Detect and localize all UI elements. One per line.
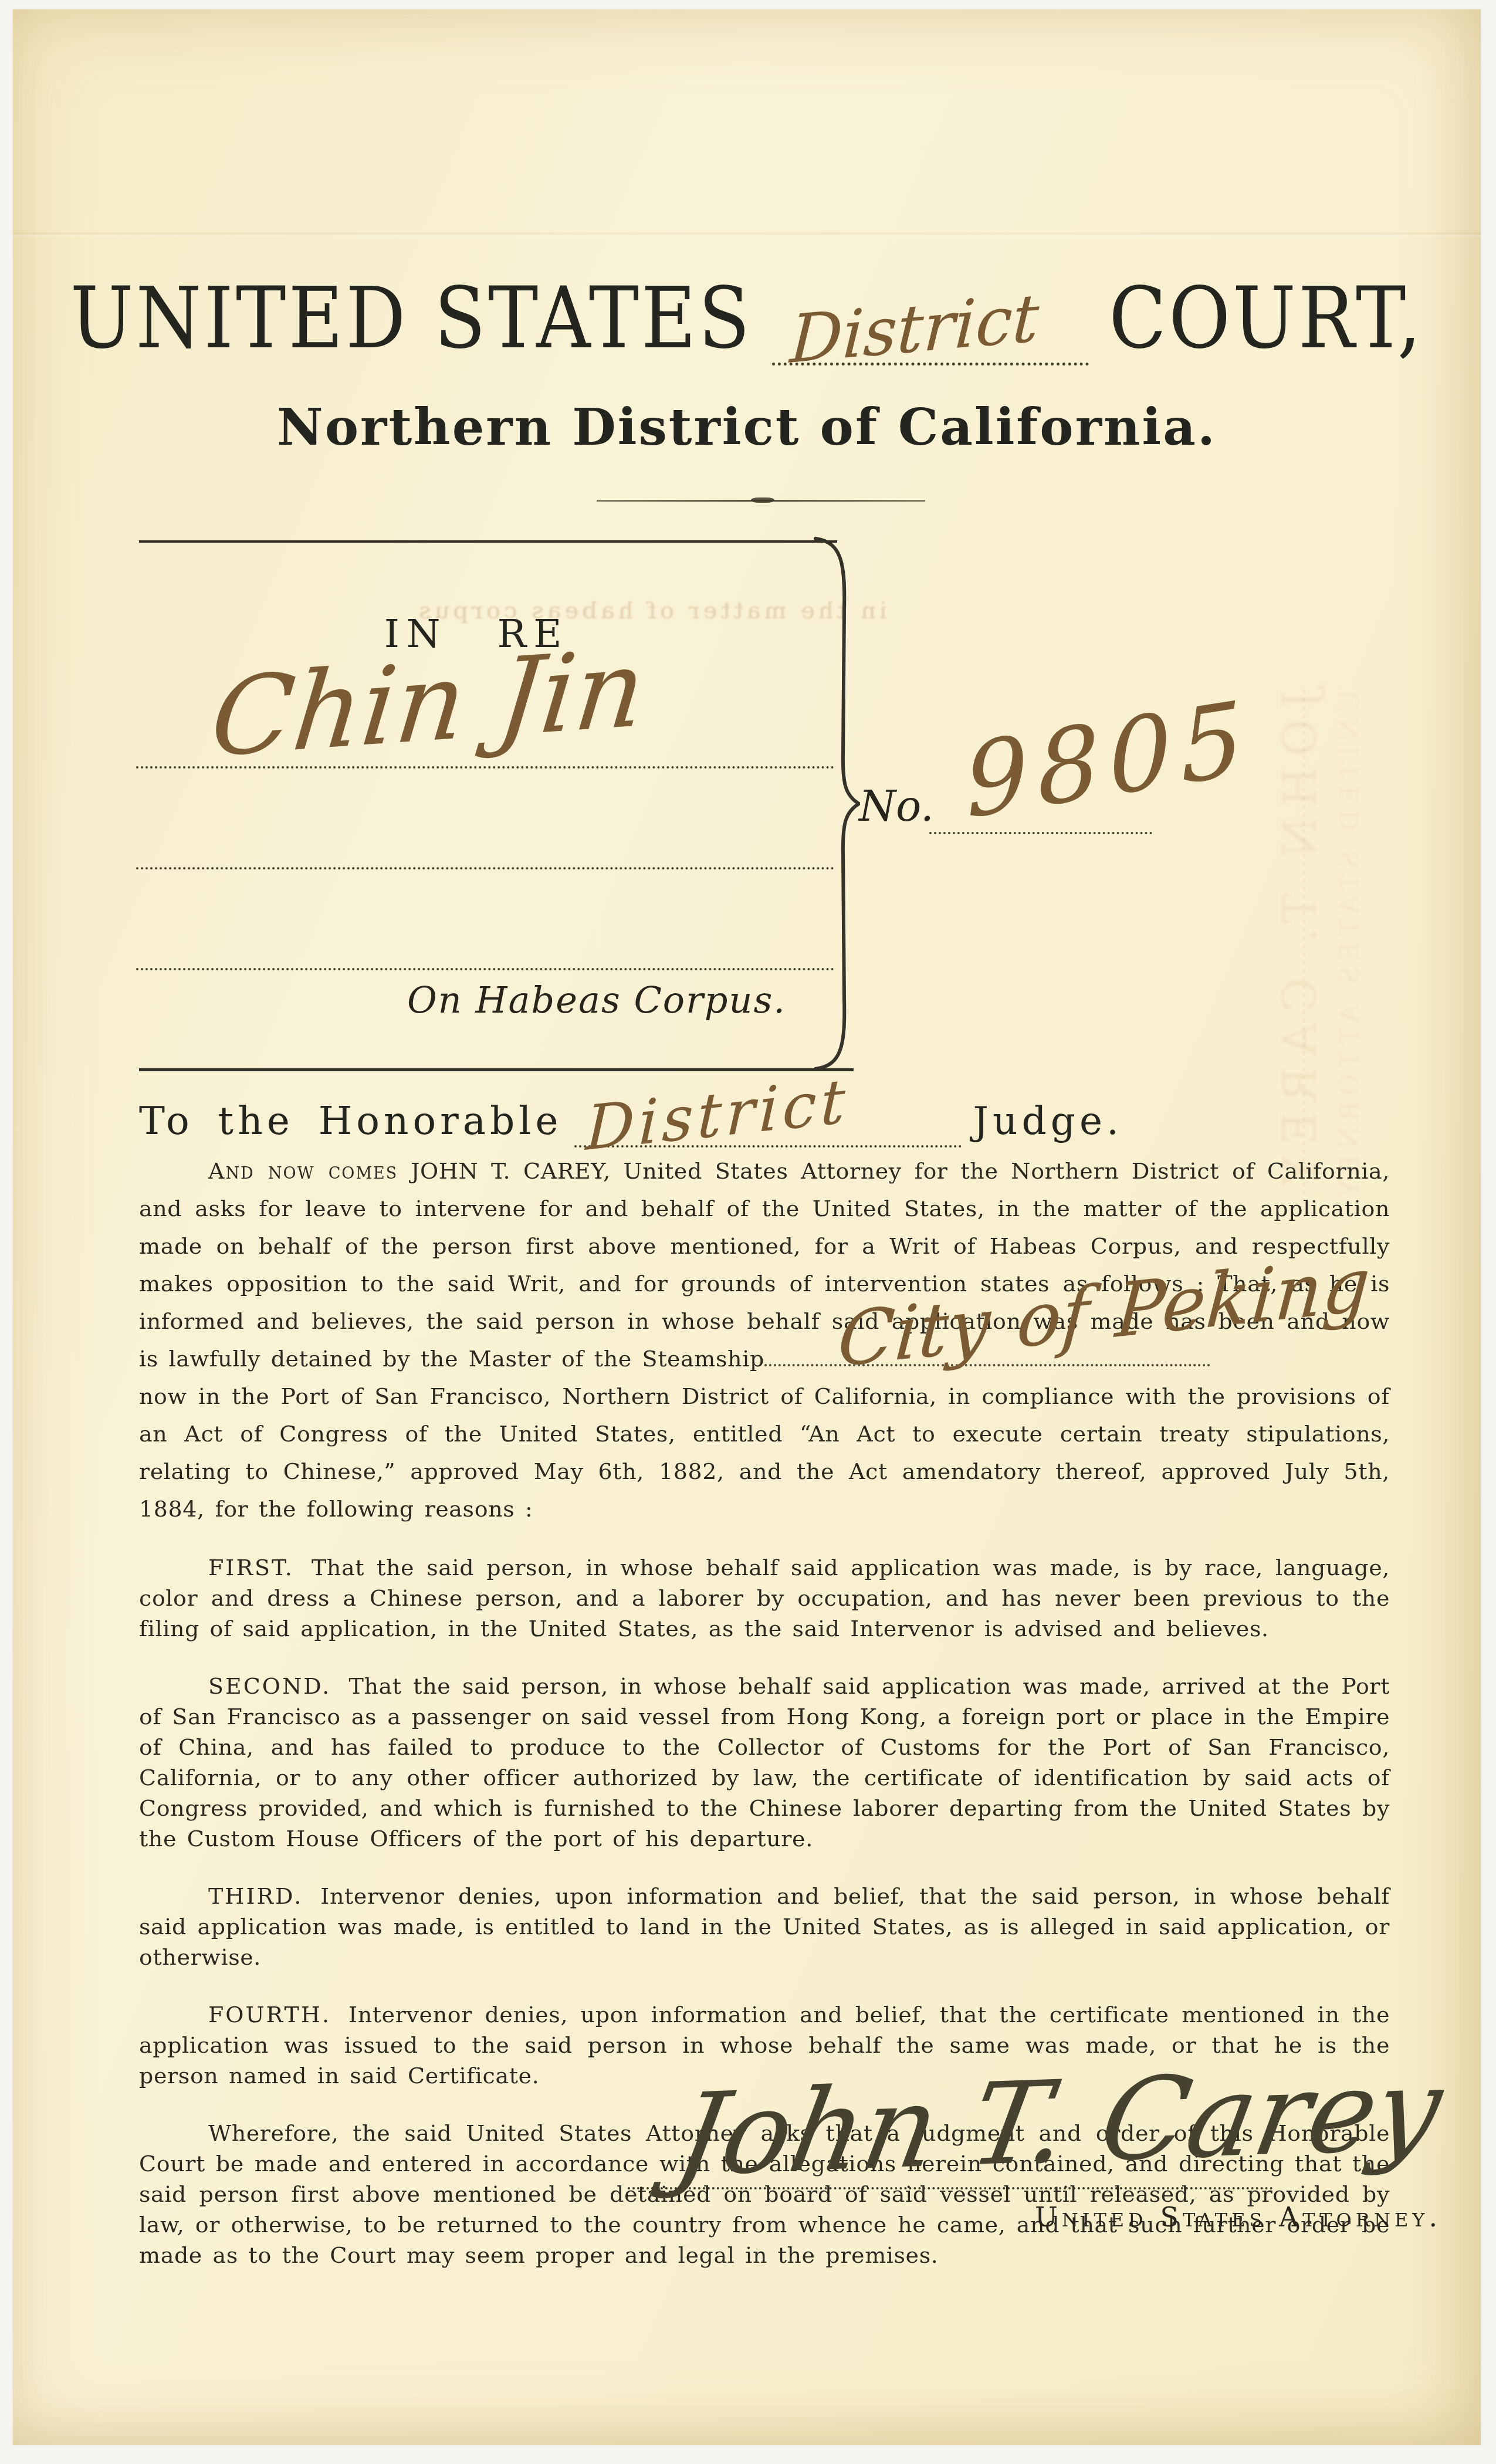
second-text: That the said person, in whose behalf sa…	[139, 1673, 1390, 1852]
caption-brace	[808, 535, 860, 1072]
third-text: Intervenor denies, upon information and …	[139, 1883, 1390, 1970]
steamship-name-handwriting: City of Peking	[767, 1247, 1373, 1385]
bleed-through-back-name: JOHN T. CAREY	[1274, 690, 1327, 1197]
salutation-suffix: Judge.	[973, 1098, 1123, 1143]
caption-blank-line-1	[136, 867, 834, 869]
caption-name-line	[136, 766, 834, 769]
judge-type-handwriting: District	[585, 1070, 850, 1159]
first-label: FIRST.	[208, 1555, 294, 1580]
case-number-label: No.	[859, 781, 934, 831]
scanned-court-document: { "colors":{"paper":"#f9f0d0","printed_i…	[0, 0, 1496, 2464]
case-number-handwriting: 9805	[963, 686, 1254, 833]
first-text: That the said person, in whose behalf sa…	[139, 1555, 1390, 1641]
masthead-divider-rule	[597, 500, 925, 502]
opening-smallcaps: And now comes	[208, 1158, 398, 1184]
fold-crease	[13, 231, 1481, 237]
second-allegation: SECOND.That the said person, in whose be…	[139, 1671, 1390, 1854]
salutation-fill-line: District	[574, 1098, 962, 1148]
third-allegation: THIRD.Intervenor denies, upon informatio…	[139, 1881, 1390, 1972]
salutation-prefix: To the Honorable	[139, 1098, 563, 1143]
opening-paragraph-continued: now in the Port of San Francisco, Northe…	[139, 1377, 1390, 1528]
signature-line	[628, 2187, 1273, 2189]
attorney-signature-handwriting: John T. Carey	[669, 2053, 1450, 2193]
party-name-handwriting: Chin Jin	[207, 634, 650, 772]
court-masthead: UNITED STATES District COURT,	[13, 280, 1481, 374]
masthead-fill-line: District	[772, 280, 1089, 365]
fourth-label: FOURTH.	[208, 2002, 331, 2028]
matter-label: On Habeas Corpus.	[303, 979, 890, 1021]
opening-paragraph: And now comes JOHN T. CAREY, United Stat…	[139, 1152, 1390, 1377]
third-label: THIRD.	[208, 1883, 303, 1909]
first-allegation: FIRST.That the said person, in whose beh…	[139, 1552, 1390, 1644]
steamship-fill-line: City of Peking	[764, 1356, 1210, 1366]
masthead-left-text: UNITED STATES	[70, 270, 753, 368]
caption-blank-line-2	[136, 968, 834, 970]
court-type-handwriting: District	[788, 285, 1041, 373]
salutation: To the Honorable District Judge.	[139, 1098, 1123, 1153]
signature-role-label: United States Attorney.	[1035, 2201, 1441, 2233]
caption-bottom-rule	[139, 1068, 854, 1071]
paper-sheet: in the matter of habeas corpus JOHN T. C…	[13, 9, 1481, 2445]
caption-top-rule	[139, 540, 837, 543]
district-subtitle: Northern District of California.	[13, 398, 1481, 457]
second-label: SECOND.	[208, 1673, 331, 1699]
masthead-right-text: COURT,	[1109, 270, 1423, 368]
